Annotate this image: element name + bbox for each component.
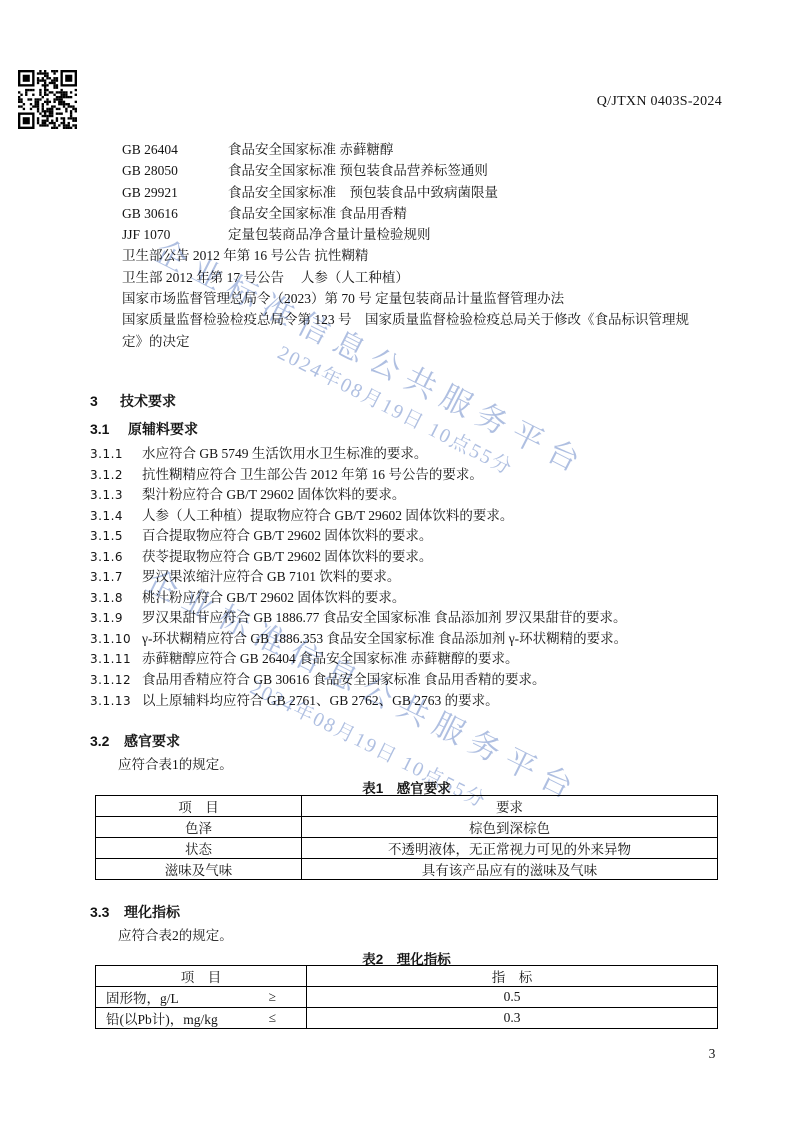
section-number: 3.3 [90,904,124,921]
clause-number: 3.1.13 [90,691,142,712]
clause-text: 罗汉果甜苷应符合 GB 1886.77 食品安全国家标准 食品添加剂 罗汉果甜苷… [142,608,627,629]
clause-number: 3.1.12 [90,670,142,691]
comparison-symbol: ≥ [269,989,276,1005]
table-row: 状态 不透明液体，无正常视力可见的外来异物 [96,838,718,859]
clause: 3.1.12食品用香精应符合 GB 30616 食品安全国家标准 食品用香精的要… [90,670,735,691]
section-number: 3 [90,393,120,410]
requirement-cell: 不透明液体，无正常视力可见的外来异物 [302,838,718,859]
reference-item-continuation: 定》的决定 [122,331,730,352]
table-row: 铅(以Pb计)，mg/kg ≤ 0.3 [96,1008,718,1029]
clause: 3.1.5百合提取物应符合 GB/T 29602 固体饮料的要求。 [90,526,735,547]
reference-code: GB 26404 [122,139,228,160]
reference-item: GB 28050 食品安全国家标准 预包装食品营养标签通则 [122,160,730,181]
table-header-row: 项 目 要求 [96,796,718,817]
clause-number: 3.1.1 [90,444,142,465]
clause-text: 罗汉果浓缩汁应符合 GB 7101 饮料的要求。 [142,567,400,588]
clause-text: 抗性糊精应符合 卫生部公告 2012 年第 16 号公告的要求。 [142,465,483,486]
clause: 3.1.13以上原辅料均应符合 GB 2761、GB 2762、GB 2763 … [90,691,735,712]
sensory-requirements-table: 项 目 要求 色泽 棕色到深棕色 状态 不透明液体，无正常视力可见的外来异物 滋… [95,795,718,880]
indicator-name: 铅(以Pb计)，mg/kg [106,1008,218,1028]
reference-item: 卫生部 2012 年第 17 号公告 人参（人工种植） [122,267,730,288]
clause: 3.1.8桃汁粉应符合 GB/T 29602 固体饮料的要求。 [90,588,735,609]
reference-title: 定量包装商品净含量计量检验规则 [228,224,730,245]
section-heading-3-3: 3.3 理化指标 [90,904,180,921]
clause-text: γ-环状糊精应符合 GB 1886.353 食品安全国家标准 食品添加剂 γ-环… [142,629,627,650]
clause: 3.1.10γ-环状糊精应符合 GB 1886.353 食品安全国家标准 食品添… [90,629,735,650]
clause-text: 水应符合 GB 5749 生活饮用水卫生标准的要求。 [142,444,427,465]
indicator-name: 固形物，g/L [106,987,179,1007]
clause-text: 梨汁粉应符合 GB/T 29602 固体饮料的要求。 [142,485,405,506]
clause-text: 食品用香精应符合 GB 30616 食品安全国家标准 食品用香精的要求。 [142,670,546,691]
clause: 3.1.7罗汉果浓缩汁应符合 GB 7101 饮料的要求。 [90,567,735,588]
reference-title: 食品安全国家标准 食品用香精 [228,203,730,224]
section-title: 感官要求 [124,733,180,750]
clause-text: 百合提取物应符合 GB/T 29602 固体饮料的要求。 [142,526,432,547]
references-list: GB 26404 食品安全国家标准 赤藓糖醇 GB 28050 食品安全国家标准… [122,139,730,352]
column-header: 项 目 [96,796,302,817]
clause-number: 3.1.2 [90,465,142,486]
clause-number: 3.1.3 [90,485,142,506]
reference-code: GB 28050 [122,160,228,181]
table1-caption: 表1 感官要求 [95,777,718,797]
section-heading-3-2: 3.2 感官要求 [90,733,180,750]
value-cell: 0.5 [307,987,718,1008]
reference-item: GB 30616 食品安全国家标准 食品用香精 [122,203,730,224]
clause: 3.1.6茯苓提取物应符合 GB/T 29602 固体饮料的要求。 [90,547,735,568]
clause-number: 3.1.11 [90,649,142,670]
reference-item: GB 26404 食品安全国家标准 赤藓糖醇 [122,139,730,160]
column-header: 要求 [302,796,718,817]
clause-text: 桃汁粉应符合 GB/T 29602 固体饮料的要求。 [142,588,405,609]
table-row: 滋味及气味 具有该产品应有的滋味及气味 [96,859,718,880]
clause-number: 3.1.6 [90,547,142,568]
comparison-symbol: ≤ [269,1010,276,1026]
item-cell: 铅(以Pb计)，mg/kg ≤ [96,1008,307,1029]
reference-item: 国家质量监督检验检疫总局令第 123 号 国家质量监督检验检疫总局关于修改《食品… [122,309,730,330]
item-cell: 滋味及气味 [96,859,302,880]
clause: 3.1.11赤藓糖醇应符合 GB 26404 食品安全国家标准 赤藓糖醇的要求。 [90,649,735,670]
item-cell: 状态 [96,838,302,859]
clause-text: 以上原辅料均应符合 GB 2761、GB 2762、GB 2763 的要求。 [142,691,499,712]
clause: 3.1.3梨汁粉应符合 GB/T 29602 固体饮料的要求。 [90,485,735,506]
clause: 3.1.2抗性糊精应符合 卫生部公告 2012 年第 16 号公告的要求。 [90,465,735,486]
section-heading-3-1: 3.1 原辅料要求 [90,421,198,438]
clause-text: 赤藓糖醇应符合 GB 26404 食品安全国家标准 赤藓糖醇的要求。 [142,649,519,670]
section-number: 3.2 [90,733,124,750]
clause: 3.1.9罗汉果甜苷应符合 GB 1886.77 食品安全国家标准 食品添加剂 … [90,608,735,629]
section-number: 3.1 [90,421,128,438]
clause-list: 3.1.1水应符合 GB 5749 生活饮用水卫生标准的要求。 3.1.2抗性糊… [90,444,735,711]
clause: 3.1.1水应符合 GB 5749 生活饮用水卫生标准的要求。 [90,444,735,465]
reference-item: JJF 1070 定量包装商品净含量计量检验规则 [122,224,730,245]
clause-text: 茯苓提取物应符合 GB/T 29602 固体饮料的要求。 [142,547,432,568]
reference-title: 食品安全国家标准 预包装食品营养标签通则 [228,160,730,181]
clause-text: 人参（人工种植）提取物应符合 GB/T 29602 固体饮料的要求。 [142,506,513,527]
reference-code: GB 29921 [122,182,228,203]
column-header: 项 目 [96,966,307,987]
value-cell: 0.3 [307,1008,718,1029]
requirement-cell: 具有该产品应有的滋味及气味 [302,859,718,880]
reference-title: 食品安全国家标准 预包装食品中致病菌限量 [228,182,730,203]
page-content: GB 26404 食品安全国家标准 赤藓糖醇 GB 28050 食品安全国家标准… [0,0,794,1123]
table1-note: 应符合表1的规定。 [118,756,233,774]
clause-number: 3.1.10 [90,629,142,650]
section-title: 原辅料要求 [128,421,198,438]
clause-number: 3.1.8 [90,588,142,609]
table2-note: 应符合表2的规定。 [118,927,233,945]
section-heading-3: 3 技术要求 [90,393,176,410]
reference-title: 食品安全国家标准 赤藓糖醇 [228,139,730,160]
column-header: 指 标 [307,966,718,987]
clause-number: 3.1.7 [90,567,142,588]
item-cell: 色泽 [96,817,302,838]
section-title: 理化指标 [124,904,180,921]
reference-item: GB 29921 食品安全国家标准 预包装食品中致病菌限量 [122,182,730,203]
page-number: 3 [700,1046,724,1062]
item-cell: 固形物，g/L ≥ [96,987,307,1008]
reference-item: 卫生部公告 2012 年第 16 号公告 抗性糊精 [122,245,730,266]
document-page: Q/JTXN 0403S-2024 企业标准信息公共服务平台 2024年08月1… [0,0,794,1123]
table-row: 色泽 棕色到深棕色 [96,817,718,838]
clause-number: 3.1.9 [90,608,142,629]
requirement-cell: 棕色到深棕色 [302,817,718,838]
reference-item: 国家市场监督管理总局令（2023）第 70 号 定量包装商品计量监督管理办法 [122,288,730,309]
clause-number: 3.1.5 [90,526,142,547]
reference-code: JJF 1070 [122,224,228,245]
table-header-row: 项 目 指 标 [96,966,718,987]
clause-number: 3.1.4 [90,506,142,527]
clause: 3.1.4人参（人工种植）提取物应符合 GB/T 29602 固体饮料的要求。 [90,506,735,527]
physicochemical-indicators-table: 项 目 指 标 固形物，g/L ≥ 0.5 铅(以Pb计)，mg/kg ≤ [95,965,718,1029]
table-row: 固形物，g/L ≥ 0.5 [96,987,718,1008]
reference-code: GB 30616 [122,203,228,224]
section-title: 技术要求 [120,393,176,410]
